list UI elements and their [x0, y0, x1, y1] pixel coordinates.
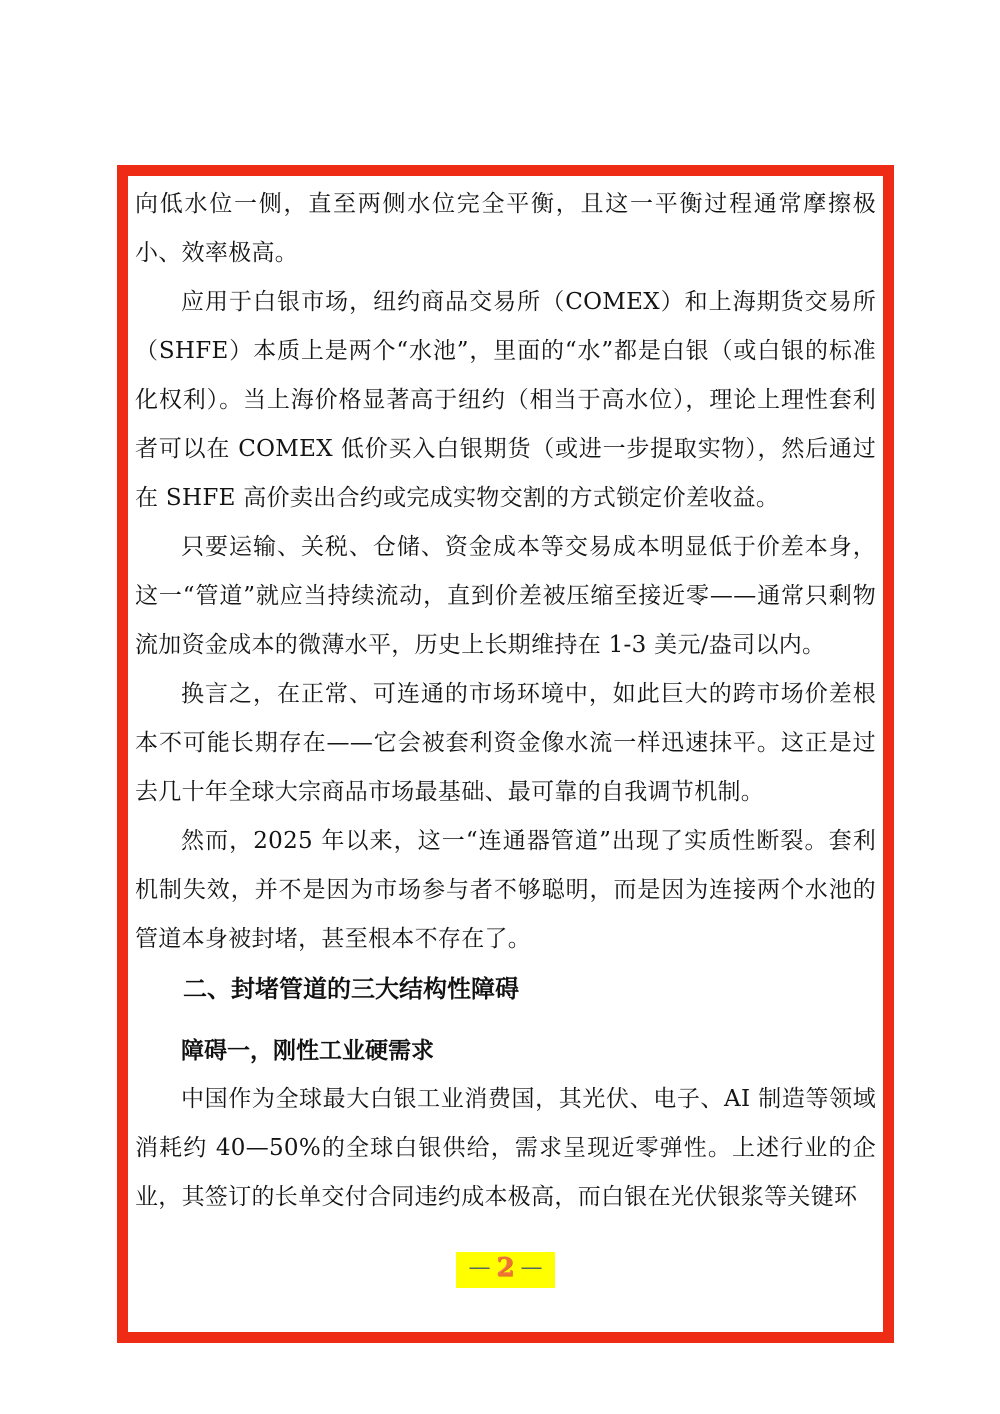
document-page: 向低水位一侧，直至两侧水位完全平衡，且这一平衡过程通常摩擦极小、效率极高。 应用… [0, 0, 1000, 1414]
page-content: 向低水位一侧，直至两侧水位完全平衡，且这一平衡过程通常摩擦极小、效率极高。 应用… [135, 180, 876, 1332]
footer-dash-right: — [521, 1255, 543, 1280]
page-number: 2 [496, 1253, 514, 1283]
page-border-frame: 向低水位一侧，直至两侧水位完全平衡，且这一平衡过程通常摩擦极小、效率极高。 应用… [117, 165, 894, 1343]
paragraph-pipeline-flow: 只要运输、关税、仓储、资金成本等交易成本明显低于价差本身，这一“管道”就应当持续… [135, 523, 876, 670]
page-number-highlight: —2— [456, 1252, 554, 1288]
section-heading: 二、封堵管道的三大结构性障碍 [135, 965, 876, 1014]
page-number-footer: —2— [135, 1252, 876, 1288]
paragraph-2025-rupture: 然而，2025 年以来，这一“连通器管道”出现了实质性断裂。套利机制失效，并不是… [135, 817, 876, 964]
paragraph-self-regulation: 换言之，在正常、可连通的市场环境中，如此巨大的跨市场价差根本不可能长期存在——它… [135, 670, 876, 817]
paragraph-industrial-demand: 中国作为全球最大白银工业消费国，其光伏、电子、AI 制造等领域消耗约 40—50… [135, 1075, 876, 1222]
footer-dash-left: — [468, 1255, 490, 1280]
paragraph-comex-shfe: 应用于白银市场，纽约商品交易所（COMEX）和上海期货交易所（SHFE）本质上是… [135, 278, 876, 523]
paragraph-continuation: 向低水位一侧，直至两侧水位完全平衡，且这一平衡过程通常摩擦极小、效率极高。 [135, 180, 876, 278]
subsection-heading-obstacle-1: 障碍一，刚性工业硬需求 [135, 1026, 876, 1075]
